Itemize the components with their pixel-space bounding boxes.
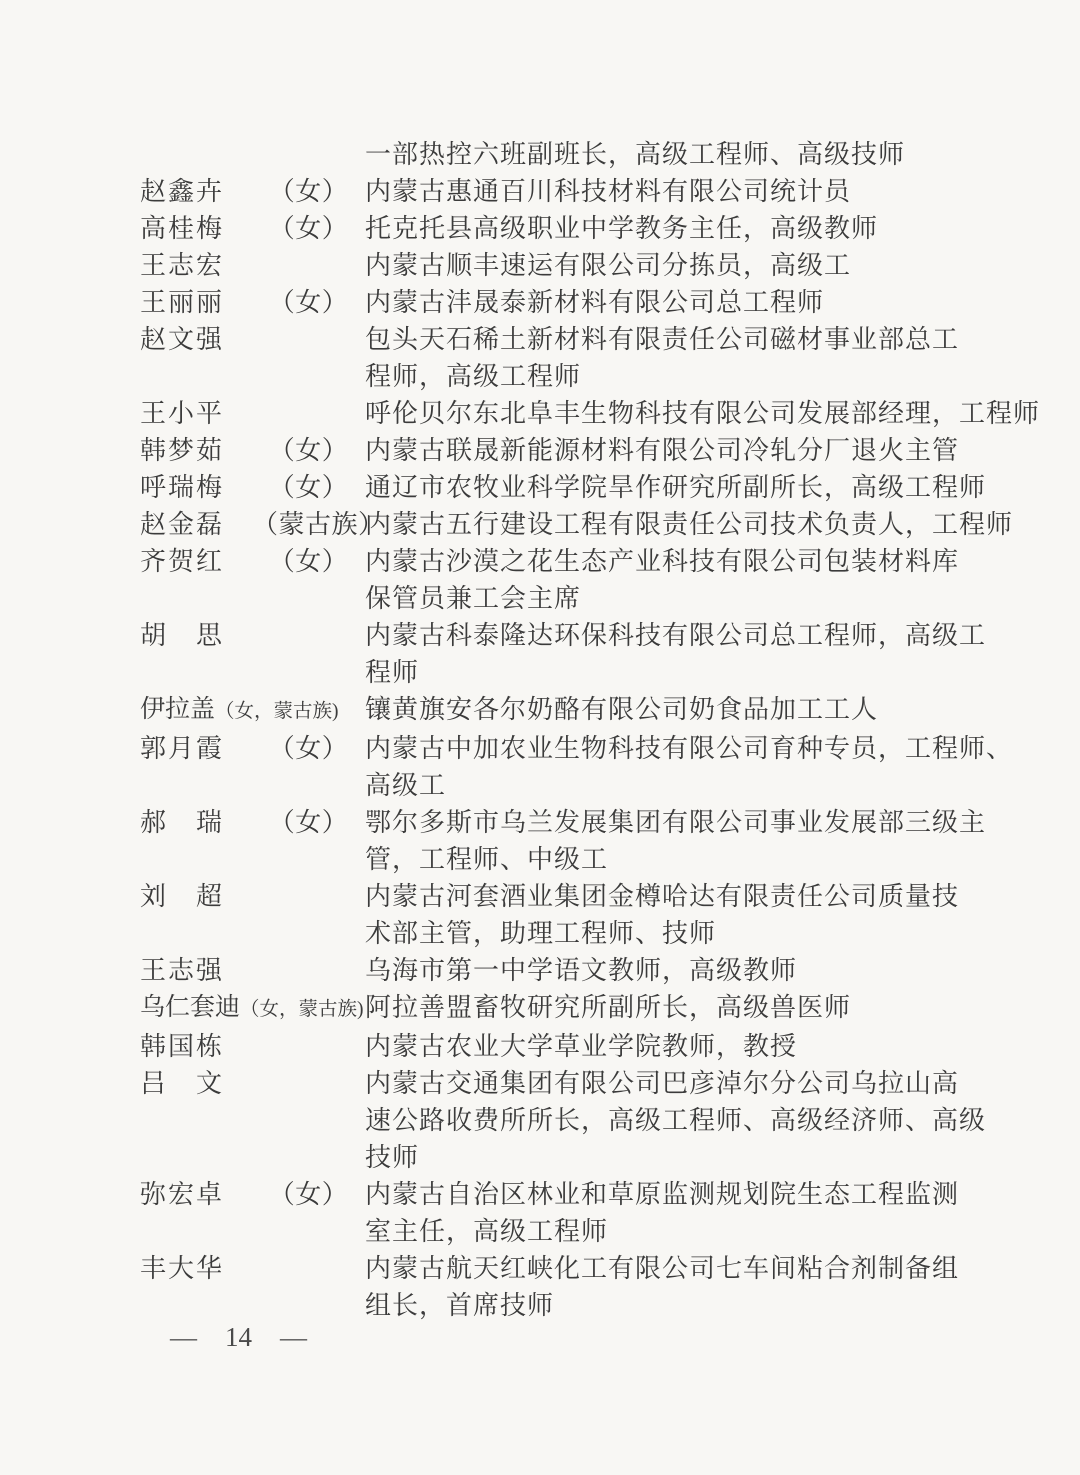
entry-tag-wrap: （女，蒙古族) — [240, 991, 364, 1028]
entry-name: 王志宏 — [140, 247, 252, 284]
entry-desc-line: 鄂尔多斯市乌兰发展集团有限公司事业发展部三级主 — [365, 804, 985, 841]
honor-entry: 伊拉盖 （女，蒙古族) 镶黄旗安各尔奶酪有限公司奶食品加工工人 — [140, 691, 985, 730]
entry-tag-wrap: （女） — [252, 730, 365, 767]
entry-left-column: 王丽丽 （女） — [140, 284, 365, 321]
entry-tag: （女） — [269, 1176, 349, 1213]
entry-left-column: 吕 文 — [140, 1065, 365, 1102]
entry-desc-line: 一部热控六班副班长，高级工程师、高级技师 — [365, 136, 985, 173]
honor-entry: 赵文强 包头天石稀土新材料有限责任公司磁材事业部总工程师，高级工程师 — [140, 321, 985, 395]
entry-left-column: 郝 瑞 （女） — [140, 804, 365, 841]
entry-desc-line: 技师 — [365, 1139, 985, 1176]
entry-desc: 内蒙古自治区林业和草原监测规划院生态工程监测室主任，高级工程师 — [365, 1176, 985, 1250]
entry-tag-wrap: （女） — [252, 1176, 365, 1213]
page-number-value: 14 — [199, 1322, 278, 1353]
entry-desc-line: 室主任，高级工程师 — [365, 1213, 985, 1250]
entry-name: 呼瑞梅 — [140, 469, 252, 506]
entry-name: 赵文强 — [140, 321, 252, 358]
honor-entry: 吕 文 内蒙古交通集团有限公司巴彦淖尔分公司乌拉山高速公路收费所所长，高级工程师… — [140, 1065, 985, 1176]
entry-name: 弥宏卓 — [140, 1176, 252, 1213]
entry-name: 刘 超 — [140, 878, 252, 915]
honor-entry: 王丽丽 （女） 内蒙古沣晟泰新材料有限公司总工程师 — [140, 284, 985, 321]
entry-desc: 通辽市农牧业科学院旱作研究所副所长，高级工程师 — [365, 469, 985, 506]
entry-desc: 包头天石稀土新材料有限责任公司磁材事业部总工程师，高级工程师 — [365, 321, 985, 395]
page-number-left-dash: — — [168, 1322, 199, 1353]
entry-name: 赵鑫卉 — [140, 173, 252, 210]
entry-left-column: 胡 思 — [140, 617, 365, 654]
entry-desc-line: 管，工程师、中级工 — [365, 841, 985, 878]
entry-name: 吕 文 — [140, 1065, 252, 1102]
entry-desc-line: 程师，高级工程师 — [365, 358, 985, 395]
honor-entry: 弥宏卓 （女） 内蒙古自治区林业和草原监测规划院生态工程监测室主任，高级工程师 — [140, 1176, 985, 1250]
entry-tag-wrap: （女） — [252, 284, 365, 321]
entry-tag: （女） — [269, 730, 349, 767]
entry-left-column: 弥宏卓 （女） — [140, 1176, 365, 1213]
entry-name: 胡 思 — [140, 617, 252, 654]
entry-tag: （女，蒙古族) — [240, 991, 364, 1028]
honor-entry: 齐贺红 （女） 内蒙古沙漠之花生态产业科技有限公司包装材料库保管员兼工会主席 — [140, 543, 985, 617]
entry-name: 王小平 — [140, 395, 252, 432]
entry-desc: 内蒙古中加农业生物科技有限公司育种专员，工程师、高级工 — [365, 730, 985, 804]
entry-desc-line: 内蒙古惠通百川科技材料有限公司统计员 — [365, 173, 985, 210]
entry-desc: 内蒙古沙漠之花生态产业科技有限公司包装材料库保管员兼工会主席 — [365, 543, 985, 617]
honor-entry: 一部热控六班副班长，高级工程师、高级技师 — [140, 136, 985, 173]
entry-name: 王志强 — [140, 952, 252, 989]
entry-left-column: 王志强 — [140, 952, 365, 989]
entry-left-column: 呼瑞梅 （女） — [140, 469, 365, 506]
document-page: 一部热控六班副班长，高级工程师、高级技师 赵鑫卉 （女） 内蒙古惠通百川科技材料… — [0, 0, 1080, 1475]
entry-tag-wrap: （女，蒙古族) — [215, 693, 339, 730]
entry-name: 乌仁套迪 — [140, 989, 240, 1026]
entry-desc: 镶黄旗安各尔奶酪有限公司奶食品加工工人 — [365, 691, 985, 728]
entry-desc: 内蒙古科泰隆达环保科技有限公司总工程师，高级工程师 — [365, 617, 985, 691]
entry-desc: 一部热控六班副班长，高级工程师、高级技师 — [365, 136, 985, 173]
entry-name: 王丽丽 — [140, 284, 252, 321]
entry-desc-line: 内蒙古自治区林业和草原监测规划院生态工程监测 — [365, 1176, 985, 1213]
honor-entry: 王志宏 内蒙古顺丰速运有限公司分拣员，高级工 — [140, 247, 985, 284]
entry-name: 高桂梅 — [140, 210, 252, 247]
entry-desc: 内蒙古沣晟泰新材料有限公司总工程师 — [365, 284, 985, 321]
entry-desc-line: 内蒙古中加农业生物科技有限公司育种专员，工程师、 — [365, 730, 985, 767]
entry-desc-line: 速公路收费所所长，高级工程师、高级经济师、高级 — [365, 1102, 985, 1139]
entry-desc-line: 镶黄旗安各尔奶酪有限公司奶食品加工工人 — [365, 691, 985, 728]
entry-desc-line: 托克托县高级职业中学教务主任，高级教师 — [365, 210, 985, 247]
entry-desc-line: 内蒙古五行建设工程有限责任公司技术负责人，工程师 — [365, 506, 985, 543]
honor-entry: 刘 超 内蒙古河套酒业集团金樽哈达有限责任公司质量技术部主管，助理工程师、技师 — [140, 878, 985, 952]
entry-desc-line: 内蒙古航天红峡化工有限公司七车间粘合剂制备组 — [365, 1250, 985, 1287]
entry-name: 赵金磊 — [140, 506, 252, 543]
page-number: — 14 — — [168, 1322, 309, 1353]
entry-desc-line: 组长，首席技师 — [365, 1287, 985, 1324]
honor-entry: 郭月霞 （女） 内蒙古中加农业生物科技有限公司育种专员，工程师、高级工 — [140, 730, 985, 804]
entry-desc-line: 呼伦贝尔东北阜丰生物科技有限公司发展部经理，工程师 — [365, 395, 985, 432]
entry-tag: （女） — [269, 173, 349, 210]
entry-left-column: 赵文强 — [140, 321, 365, 358]
entry-left-column: 韩梦茹 （女） — [140, 432, 365, 469]
honor-entry: 高桂梅 （女） 托克托县高级职业中学教务主任，高级教师 — [140, 210, 985, 247]
entry-left-column: 乌仁套迪 （女，蒙古族) — [140, 989, 365, 1028]
entry-left-column: 伊拉盖 （女，蒙古族) — [140, 691, 365, 730]
entry-name: 齐贺红 — [140, 543, 252, 580]
entry-desc-line: 乌海市第一中学语文教师，高级教师 — [365, 952, 985, 989]
entry-tag: （女） — [269, 804, 349, 841]
entry-tag-wrap: （女） — [252, 432, 365, 469]
honor-entry: 韩梦茹 （女） 内蒙古联晟新能源材料有限公司冷轧分厂退火主管 — [140, 432, 985, 469]
entry-desc-line: 阿拉善盟畜牧研究所副所长，高级兽医师 — [365, 989, 985, 1026]
entry-desc: 内蒙古联晟新能源材料有限公司冷轧分厂退火主管 — [365, 432, 985, 469]
entry-left-column: 韩国栋 — [140, 1028, 365, 1065]
entry-desc: 乌海市第一中学语文教师，高级教师 — [365, 952, 985, 989]
entry-desc-line: 程师 — [365, 654, 985, 691]
honor-entry: 丰大华 内蒙古航天红峡化工有限公司七车间粘合剂制备组组长，首席技师 — [140, 1250, 985, 1324]
entry-desc-line: 术部主管，助理工程师、技师 — [365, 915, 985, 952]
entry-name: 郭月霞 — [140, 730, 252, 767]
entry-desc-line: 内蒙古沣晟泰新材料有限公司总工程师 — [365, 284, 985, 321]
entry-left-column: 齐贺红 （女） — [140, 543, 365, 580]
entry-desc-line: 包头天石稀土新材料有限责任公司磁材事业部总工 — [365, 321, 985, 358]
honor-list: 一部热控六班副班长，高级工程师、高级技师 赵鑫卉 （女） 内蒙古惠通百川科技材料… — [140, 136, 985, 1324]
honor-entry: 赵鑫卉 （女） 内蒙古惠通百川科技材料有限公司统计员 — [140, 173, 985, 210]
entry-tag-wrap: （女） — [252, 804, 365, 841]
entry-name: 韩梦茹 — [140, 432, 252, 469]
entry-name: 郝 瑞 — [140, 804, 252, 841]
entry-desc-line: 内蒙古河套酒业集团金樽哈达有限责任公司质量技 — [365, 878, 985, 915]
entry-desc: 鄂尔多斯市乌兰发展集团有限公司事业发展部三级主管，工程师、中级工 — [365, 804, 985, 878]
honor-entry: 郝 瑞 （女） 鄂尔多斯市乌兰发展集团有限公司事业发展部三级主管，工程师、中级工 — [140, 804, 985, 878]
honor-entry: 王小平 呼伦贝尔东北阜丰生物科技有限公司发展部经理，工程师 — [140, 395, 985, 432]
entry-tag-wrap: （女） — [252, 543, 365, 580]
entry-desc-line: 内蒙古沙漠之花生态产业科技有限公司包装材料库 — [365, 543, 985, 580]
entry-left-column: 丰大华 — [140, 1250, 365, 1287]
honor-entry: 呼瑞梅 （女） 通辽市农牧业科学院旱作研究所副所长，高级工程师 — [140, 469, 985, 506]
entry-desc: 内蒙古惠通百川科技材料有限公司统计员 — [365, 173, 985, 210]
entry-desc-line: 高级工 — [365, 767, 985, 804]
entry-name: 伊拉盖 — [140, 691, 215, 728]
honor-entry: 王志强 乌海市第一中学语文教师，高级教师 — [140, 952, 985, 989]
entry-desc: 托克托县高级职业中学教务主任，高级教师 — [365, 210, 985, 247]
honor-entry: 乌仁套迪 （女，蒙古族) 阿拉善盟畜牧研究所副所长，高级兽医师 — [140, 989, 985, 1028]
entry-left-column: 刘 超 — [140, 878, 365, 915]
entry-desc-line: 内蒙古交通集团有限公司巴彦淖尔分公司乌拉山高 — [365, 1065, 985, 1102]
entry-tag-wrap: （女） — [252, 173, 365, 210]
entry-desc: 内蒙古五行建设工程有限责任公司技术负责人，工程师 — [365, 506, 985, 543]
entry-name: 韩国栋 — [140, 1028, 252, 1065]
page-number-right-dash: — — [278, 1322, 309, 1353]
entry-desc-line: 内蒙古顺丰速运有限公司分拣员，高级工 — [365, 247, 985, 284]
entry-tag-wrap: （女） — [252, 469, 365, 506]
entry-desc-line: 通辽市农牧业科学院旱作研究所副所长，高级工程师 — [365, 469, 985, 506]
entry-desc: 内蒙古顺丰速运有限公司分拣员，高级工 — [365, 247, 985, 284]
entry-desc: 内蒙古农业大学草业学院教师，教授 — [365, 1028, 985, 1065]
honor-entry: 赵金磊 （蒙古族） 内蒙古五行建设工程有限责任公司技术负责人，工程师 — [140, 506, 985, 543]
entry-desc-line: 内蒙古联晟新能源材料有限公司冷轧分厂退火主管 — [365, 432, 985, 469]
entry-left-column: 赵金磊 （蒙古族） — [140, 506, 365, 543]
entry-desc: 内蒙古河套酒业集团金樽哈达有限责任公司质量技术部主管，助理工程师、技师 — [365, 878, 985, 952]
entry-name: 丰大华 — [140, 1250, 252, 1287]
entry-left-column: 郭月霞 （女） — [140, 730, 365, 767]
honor-entry: 胡 思 内蒙古科泰隆达环保科技有限公司总工程师，高级工程师 — [140, 617, 985, 691]
entry-left-column: 王小平 — [140, 395, 365, 432]
entry-left-column: 王志宏 — [140, 247, 365, 284]
entry-tag: （女） — [269, 432, 349, 469]
entry-tag: （女） — [269, 469, 349, 506]
entry-desc: 内蒙古航天红峡化工有限公司七车间粘合剂制备组组长，首席技师 — [365, 1250, 985, 1324]
entry-tag: （女，蒙古族) — [215, 693, 339, 730]
honor-entry: 韩国栋 内蒙古农业大学草业学院教师，教授 — [140, 1028, 985, 1065]
entry-tag: （女） — [269, 210, 349, 247]
entry-desc: 内蒙古交通集团有限公司巴彦淖尔分公司乌拉山高速公路收费所所长，高级工程师、高级经… — [365, 1065, 985, 1176]
entry-left-column: 高桂梅 （女） — [140, 210, 365, 247]
entry-tag-wrap: （女） — [252, 210, 365, 247]
entry-desc-line: 保管员兼工会主席 — [365, 580, 985, 617]
entry-desc-line: 内蒙古科泰隆达环保科技有限公司总工程师，高级工 — [365, 617, 985, 654]
entry-desc-line: 内蒙古农业大学草业学院教师，教授 — [365, 1028, 985, 1065]
entry-desc: 呼伦贝尔东北阜丰生物科技有限公司发展部经理，工程师 — [365, 395, 985, 432]
entry-tag: （女） — [269, 284, 349, 321]
entry-left-column: 赵鑫卉 （女） — [140, 173, 365, 210]
entry-tag: （女） — [269, 543, 349, 580]
entry-desc: 阿拉善盟畜牧研究所副所长，高级兽医师 — [365, 989, 985, 1026]
